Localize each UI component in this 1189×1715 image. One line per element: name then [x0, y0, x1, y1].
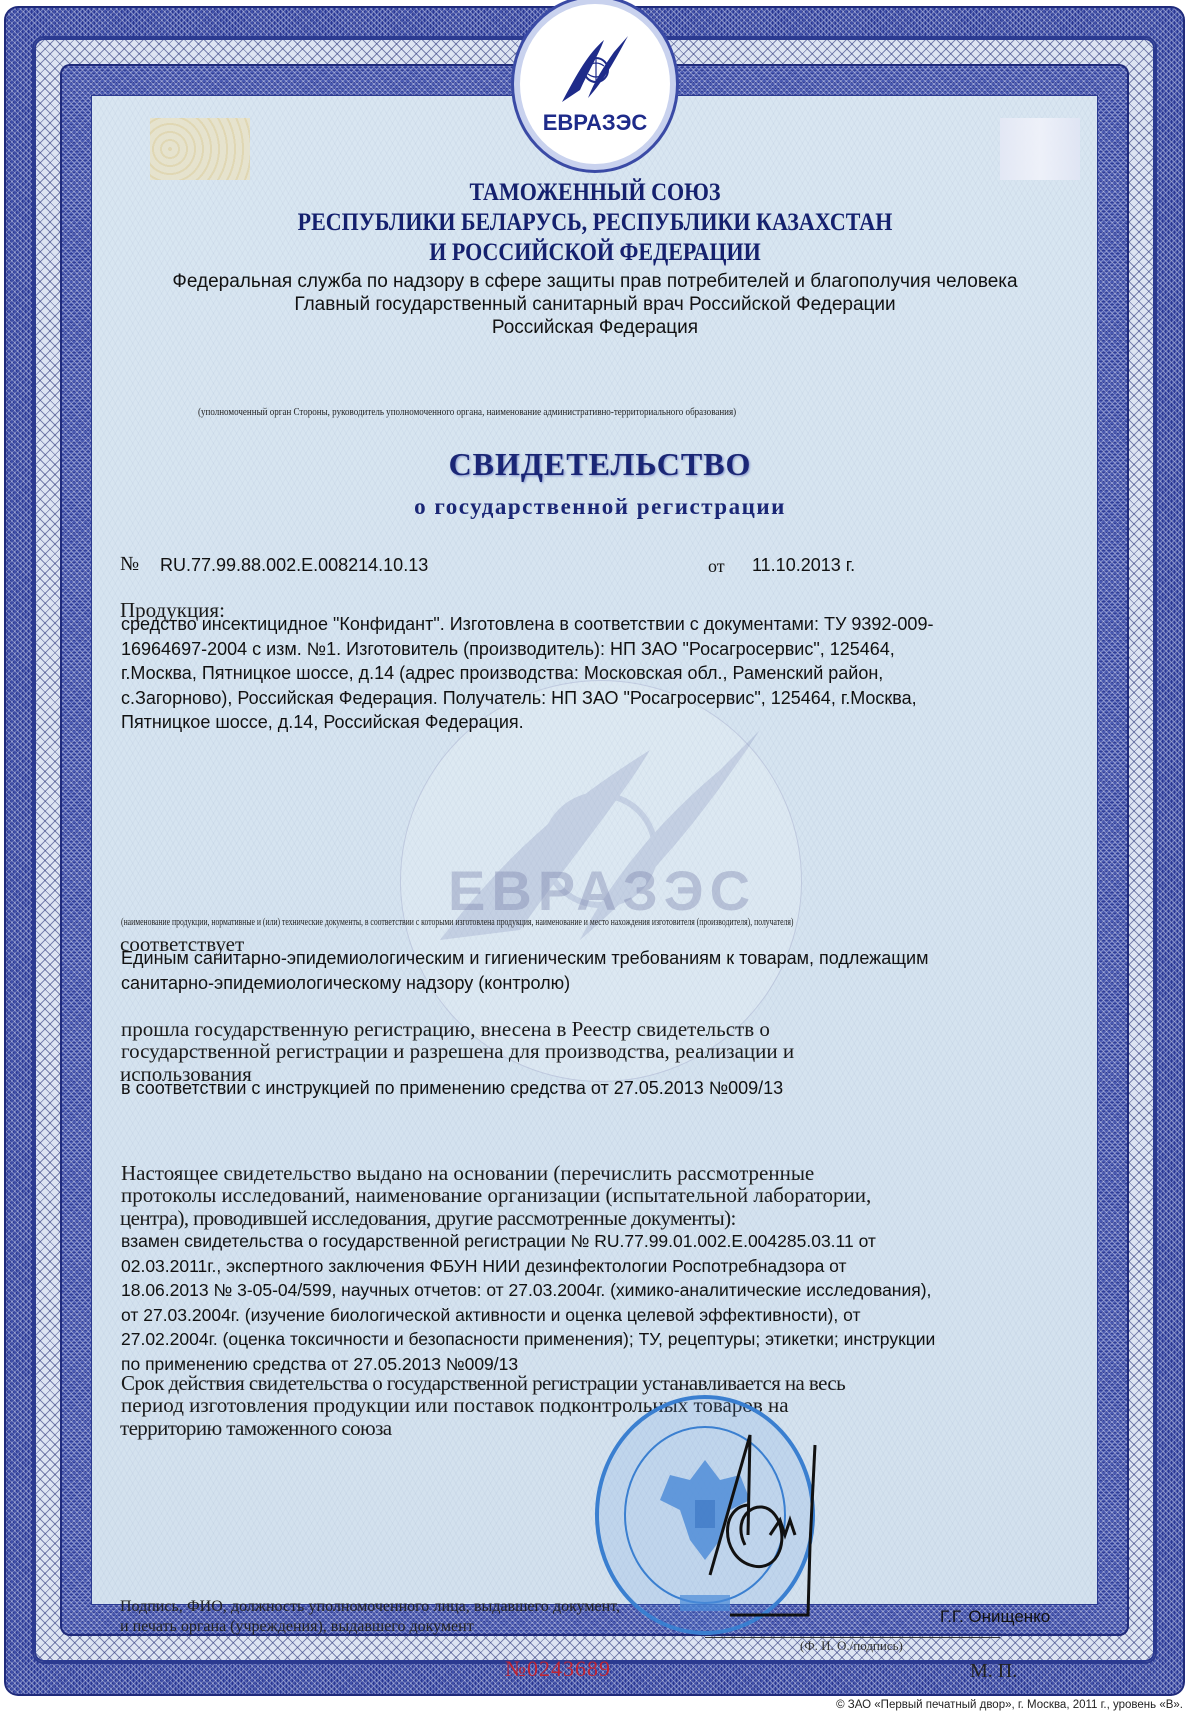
registration-number-label: №	[120, 553, 139, 576]
form-serial-number: №0243689	[505, 1656, 611, 1682]
product-caption: (наименование продукции, нормативные и (…	[121, 916, 793, 928]
conformity-line: Единым санитарно-эпидемиологическим и ги…	[121, 946, 1066, 971]
signer-name: Г.Г. Онищенко	[940, 1607, 1050, 1627]
product-description: средство инсектицидное "Конфидант". Изго…	[121, 612, 1066, 735]
basis-document-line: 27.02.2004г. (оценка токсичности и безоп…	[121, 1327, 1066, 1352]
basis-line-3: центра), проводившей исследования, други…	[120, 1206, 736, 1231]
basis-documents: взамен свидетельства о государственной р…	[121, 1229, 1066, 1376]
product-line: с.Загорново), Российская Федерация. Полу…	[121, 686, 1066, 711]
registered-line-1: прошла государственную регистрацию, внес…	[121, 1018, 1067, 1040]
conformity-text: Единым санитарно-эпидемиологическим и ги…	[121, 946, 1066, 995]
registration-date: 11.10.2013 г.	[752, 555, 855, 576]
signature-caption: (Ф. И. О./подпись)	[800, 1638, 903, 1654]
hologram-patch-right	[1000, 118, 1080, 180]
registered-line-2: государственной регистрации и разрешена …	[121, 1040, 1067, 1062]
hologram-patch-left	[150, 118, 250, 180]
product-line: г.Москва, Пятницкое шоссе, д.14 (адрес п…	[121, 661, 1066, 686]
product-line: Пятницкое шоссе, д.14, Российская Федера…	[121, 710, 1066, 735]
document-title: СВИДЕТЕЛЬСТВО	[300, 446, 900, 483]
emblem-label: ЕВРАЗЭС	[520, 110, 670, 136]
header-line-1: ТАМОЖЕННЫЙ СОЮЗ	[177, 178, 1013, 208]
basis-document-line: 18.06.2013 № 3-05-04/599, научных отчето…	[121, 1278, 1066, 1303]
watermark-label: ЕВРАЗЭС	[448, 858, 748, 923]
header-caption: (уполномоченный орган Стороны, руководит…	[198, 406, 736, 418]
header-country: Российская Федерация	[100, 317, 1090, 339]
signature-instructions: Подпись, ФИО, должность уполномоченного …	[120, 1597, 620, 1636]
header-official: Главный государственный санитарный врач …	[100, 294, 1090, 316]
product-line: средство инсектицидное "Конфидант". Изго…	[121, 612, 1066, 637]
registration-date-label: от	[708, 556, 725, 577]
header-authority: Федеральная служба по надзору в сфере за…	[100, 271, 1090, 293]
eurasec-logo-icon	[558, 32, 632, 106]
basis-document-line: 02.03.2011г., экспертного заключения ФБУ…	[121, 1254, 1066, 1279]
eurasec-emblem: ЕВРАЗЭС	[520, 4, 670, 164]
printer-imprint: © ЗАО «Первый печатный двор», г. Москва,…	[836, 1699, 1183, 1711]
seal-mark: М. П.	[970, 1660, 1017, 1683]
registration-number: RU.77.99.88.002.Е.008214.10.13	[160, 555, 428, 576]
certificate-sheet: ЕВРАЗЭС ЕВРАЗЭС ТАМОЖЕННЫЙ СОЮЗ РЕСПУБЛИ…	[0, 0, 1189, 1700]
basis-line-2: протоколы исследований, наименование орг…	[121, 1184, 1067, 1206]
header-line-3: И РОССИЙСКОЙ ФЕДЕРАЦИИ	[177, 238, 1013, 268]
usage-instruction: в соответствии с инструкцией по применен…	[121, 1076, 1066, 1101]
basis-document-line: взамен свидетельства о государственной р…	[121, 1229, 1066, 1254]
document-subtitle: о государственной регистрации	[300, 494, 900, 520]
product-line: 16964697-2004 с изм. №1. Изготовитель (п…	[121, 637, 1066, 662]
basis-line-1: Настоящее свидетельство выдано на основа…	[121, 1162, 1067, 1184]
basis-document-line: от 27.03.2004г. (изучение биологической …	[121, 1303, 1066, 1328]
validity-line-3: территорию таможенного союза	[120, 1416, 392, 1441]
conformity-line: санитарно-эпидемиологическому надзору (к…	[121, 971, 1066, 996]
handwritten-signature	[690, 1415, 830, 1625]
header-line-2: РЕСПУБЛИКИ БЕЛАРУСЬ, РЕСПУБЛИКИ КАЗАХСТА…	[177, 208, 1013, 238]
